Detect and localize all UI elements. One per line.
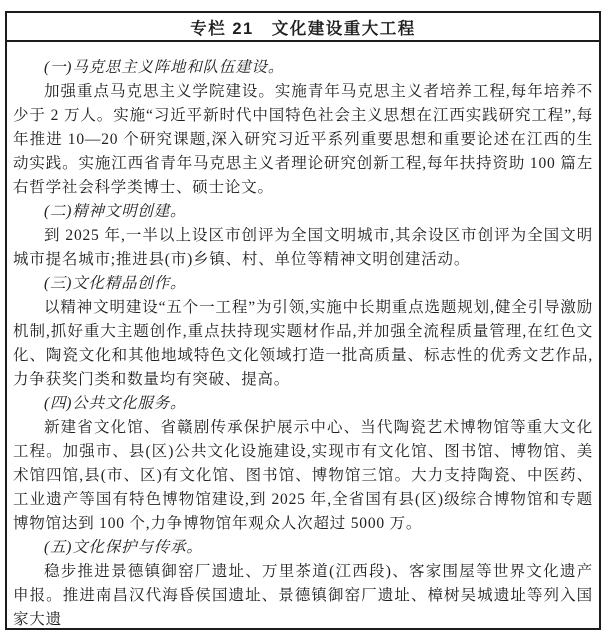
panel-title: 专栏 21 文化建设重大工程 xyxy=(190,15,415,39)
document-page: 专栏 21 文化建设重大工程 (一)马克思主义阵地和队伍建设。 加强重点马克思主… xyxy=(0,0,608,633)
panel-title-bar: 专栏 21 文化建设重大工程 xyxy=(7,13,599,42)
section-3-paragraph: 以精神文明建设“五个一工程”为引领,实施中长期重点选题规划,健全引导激励机制,抓… xyxy=(13,296,593,392)
section-2-paragraph: 到 2025 年,一半以上设区市创评为全国文明城市,其余设区市创评为全国文明城市… xyxy=(13,224,593,272)
section-3-heading: (三)文化精品创作。 xyxy=(13,272,593,296)
section-1-heading: (一)马克思主义阵地和队伍建设。 xyxy=(13,56,593,80)
section-1-paragraph: 加强重点马克思主义学院建设。实施青年马克思主义者培养工程,每年培养不少于 2 万… xyxy=(13,80,593,200)
section-4-paragraph: 新建省文化馆、省赣剧传承保护展示中心、当代陶瓷艺术博物馆等重大文化工程。加强市、… xyxy=(13,416,593,536)
section-5-paragraph: 稳步推进景德镇御窑厂遗址、万里茶道(江西段)、客家围屋等世界文化遗产申报。推进南… xyxy=(13,560,593,626)
section-5-heading: (五)文化保护与传承。 xyxy=(13,536,593,560)
special-column-panel: 专栏 21 文化建设重大工程 (一)马克思主义阵地和队伍建设。 加强重点马克思主… xyxy=(5,11,601,630)
section-4-heading: (四)公共文化服务。 xyxy=(13,392,593,416)
section-2-heading: (二)精神文明创建。 xyxy=(13,200,593,224)
panel-body: (一)马克思主义阵地和队伍建设。 加强重点马克思主义学院建设。实施青年马克思主义… xyxy=(7,42,599,626)
